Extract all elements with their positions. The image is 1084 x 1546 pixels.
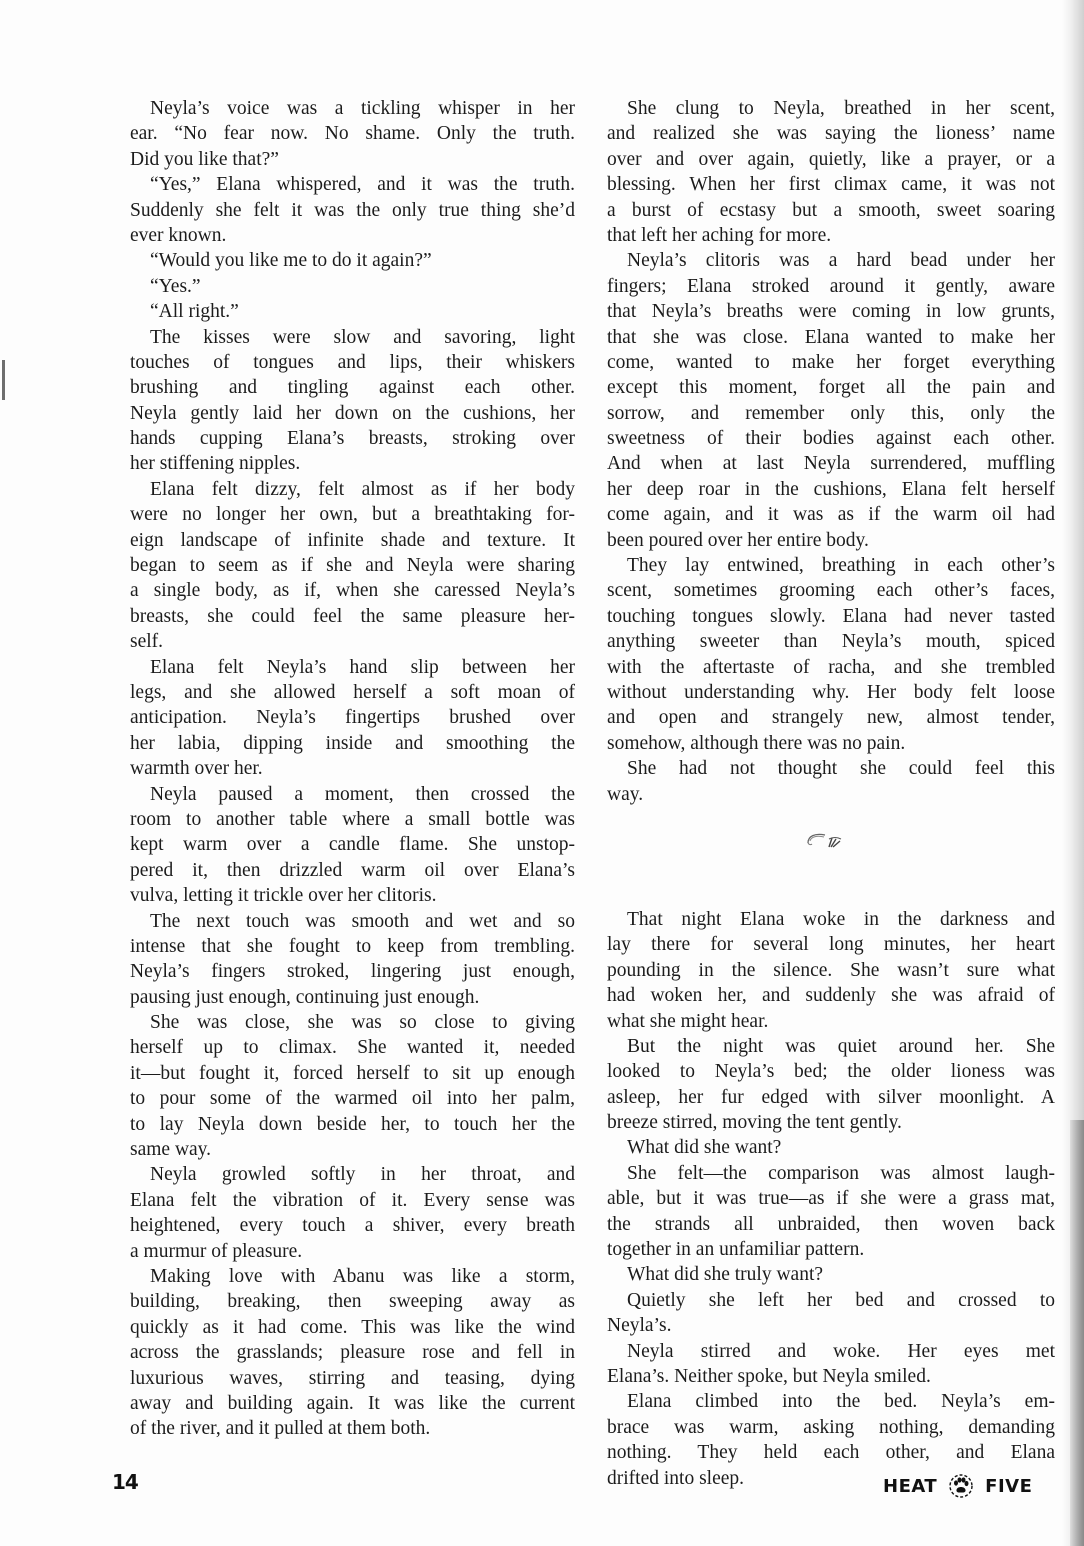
text-line: Quietly she left her bed and crossed to <box>607 1288 1055 1313</box>
text-line: Elana felt Neyla’s hand slip between her <box>130 655 575 680</box>
text-line: lay there for several long minutes, her … <box>607 932 1055 957</box>
text-line: Neyla growled softly in her throat, and <box>130 1162 575 1187</box>
text-line: blessing. When her first climax came, it… <box>607 172 1055 197</box>
text-line: brushing and tingling against each other… <box>130 375 575 400</box>
text-line: that she was close. Elana wanted to make… <box>607 325 1055 350</box>
paw-print-icon <box>949 1474 973 1498</box>
text-line: “Yes,” Elana whispered, and it was the t… <box>130 172 575 197</box>
text-line: were no longer her own, but a breathtaki… <box>130 502 575 527</box>
text-line: and open and strangely new, almost tende… <box>607 705 1055 730</box>
text-line: Elana’s. Neither spoke, but Neyla smiled… <box>607 1364 1055 1389</box>
text-line: Neyla’s voice was a tickling whisper in … <box>130 96 575 121</box>
text-line: Making love with Abanu was like a storm, <box>130 1264 575 1289</box>
text-line: Neyla gently laid her down on the cushio… <box>130 401 575 426</box>
text-line: self. <box>130 629 575 654</box>
text-line: with the aftertaste of racha, and she tr… <box>607 655 1055 680</box>
section-break <box>607 807 1055 907</box>
left-text-column: Neyla’s voice was a tickling whisper in … <box>130 96 575 1442</box>
text-line: ever known. <box>130 223 575 248</box>
text-line: room to another table where a small bott… <box>130 807 575 832</box>
text-line: and realized she was saying the lioness’… <box>607 121 1055 146</box>
footer-title-right: FIVE <box>985 1476 1032 1497</box>
text-line: been poured over her entire body. <box>607 528 1055 553</box>
text-line: touching tongues slowly. Elana had never… <box>607 604 1055 629</box>
text-line: to pour some of the warmed oil into her … <box>130 1086 575 1111</box>
text-line: Neyla’s fingers stroked, lingering just … <box>130 959 575 984</box>
text-line: able, but it was true—as if she were a g… <box>607 1186 1055 1211</box>
text-line: over and over again, quietly, like a pra… <box>607 147 1055 172</box>
text-line: that Neyla’s breaths were coming in low … <box>607 299 1055 324</box>
text-line: Suddenly she felt it was the only true t… <box>130 198 575 223</box>
text-line: Neyla stirred and woke. Her eyes met <box>607 1339 1055 1364</box>
text-line: building, breaking, then sweeping away a… <box>130 1289 575 1314</box>
text-line: kept warm over a candle flame. She unsto… <box>130 832 575 857</box>
text-line: ear. “No fear now. No shame. Only the tr… <box>130 121 575 146</box>
text-line: began to seem as if she and Neyla were s… <box>130 553 575 578</box>
text-line: warmth over her. <box>130 756 575 781</box>
text-line: sweetness of their bodies against each o… <box>607 426 1055 451</box>
text-line: scent, sometimes grooming each other’s f… <box>607 578 1055 603</box>
text-line: touches of tongues and lips, their whisk… <box>130 350 575 375</box>
text-line: away and building again. It was like the… <box>130 1391 575 1416</box>
text-line: pounding in the silence. She wasn’t sure… <box>607 958 1055 983</box>
text-line: Neyla paused a moment, then crossed the <box>130 782 575 807</box>
text-line: breasts, she could feel the same pleasur… <box>130 604 575 629</box>
text-line: “Yes.” <box>130 274 575 299</box>
text-line: intense that she fought to keep from tre… <box>130 934 575 959</box>
text-line: come, wanted to make her forget everythi… <box>607 350 1055 375</box>
text-line: She was close, she was so close to givin… <box>130 1010 575 1035</box>
text-line: herself up to climax. She wanted it, nee… <box>130 1035 575 1060</box>
text-line: “All right.” <box>130 299 575 324</box>
text-line: her labia, dipping inside and smoothing … <box>130 731 575 756</box>
text-line: same way. <box>130 1137 575 1162</box>
text-line: without understanding why. Her body felt… <box>607 680 1055 705</box>
text-line: had woken her, and suddenly she was afra… <box>607 983 1055 1008</box>
text-line: brace was warm, asking nothing, demandin… <box>607 1415 1055 1440</box>
text-line: Neyla’s clitoris was a hard bead under h… <box>607 248 1055 273</box>
text-line: except this moment, forget all the pain … <box>607 375 1055 400</box>
text-line: legs, and she allowed herself a soft moa… <box>130 680 575 705</box>
text-line: And when at last Neyla surrendered, muff… <box>607 451 1055 476</box>
right-column-before-break: She clung to Neyla, breathed in her scen… <box>607 96 1055 807</box>
text-line: That night Elana woke in the darkness an… <box>607 907 1055 932</box>
text-line: Neyla’s. <box>607 1313 1055 1338</box>
text-line: a murmur of pleasure. <box>130 1239 575 1264</box>
text-line: Did you like that?” <box>130 147 575 172</box>
text-line: She felt—the comparison was almost laugh… <box>607 1161 1055 1186</box>
footer-title-left: HEAT <box>883 1476 937 1497</box>
text-line: breeze stirred, moving the tent gently. <box>607 1110 1055 1135</box>
text-line: What did she truly want? <box>607 1262 1055 1287</box>
text-line: heightened, every touch a shiver, every … <box>130 1213 575 1238</box>
text-line: They lay entwined, breathing in each oth… <box>607 553 1055 578</box>
text-line: pausing just enough, continuing just eno… <box>130 985 575 1010</box>
text-line: way. <box>607 782 1055 807</box>
text-line: asleep, her fur edged with silver moonli… <box>607 1085 1055 1110</box>
text-line: sorrow, and remember only this, only the <box>607 401 1055 426</box>
text-line: vulva, letting it trickle over her clito… <box>130 883 575 908</box>
text-line: But the night was quiet around her. She <box>607 1034 1055 1059</box>
text-line: She clung to Neyla, breathed in her scen… <box>607 96 1055 121</box>
text-line: anything sweeter than Neyla’s mouth, spi… <box>607 629 1055 654</box>
flourish-ornament-icon <box>805 829 845 851</box>
text-line: The next touch was smooth and wet and so <box>130 909 575 934</box>
text-line: come again, and it was as if the warm oi… <box>607 502 1055 527</box>
text-line: looked to Neyla’s bed; the older lioness… <box>607 1059 1055 1084</box>
page-edge-shadow <box>1070 1120 1084 1546</box>
text-line: that left her aching for more. <box>607 223 1055 248</box>
text-line: anticipation. Neyla’s fingertips brushed… <box>130 705 575 730</box>
text-line: nothing. They held each other, and Elana <box>607 1440 1055 1465</box>
text-line: her deep roar in the cushions, Elana fel… <box>607 477 1055 502</box>
text-line: quickly as it had come. This was like th… <box>130 1315 575 1340</box>
text-line: The kisses were slow and savoring, light <box>130 325 575 350</box>
text-line: what she might hear. <box>607 1009 1055 1034</box>
text-line: luxurious waves, stirring and teasing, d… <box>130 1366 575 1391</box>
text-line: pered it, then drizzled warm oil over El… <box>130 858 575 883</box>
text-line: her stiffening nipples. <box>130 451 575 476</box>
scan-edge-mark <box>2 360 5 400</box>
text-line: fingers; Elana stroked around it gently,… <box>607 274 1055 299</box>
text-line: a burst of ecstasy but a smooth, sweet s… <box>607 198 1055 223</box>
magazine-page: Neyla’s voice was a tickling whisper in … <box>0 0 1084 1546</box>
text-line: a single body, as if, when she caressed … <box>130 578 575 603</box>
text-line: it—but fought it, forced herself to sit … <box>130 1061 575 1086</box>
text-line: to lay Neyla down beside her, to touch h… <box>130 1112 575 1137</box>
text-line: hands cupping Elana’s breasts, stroking … <box>130 426 575 451</box>
text-line: “Would you like me to do it again?” <box>130 248 575 273</box>
text-line: of the river, and it pulled at them both… <box>130 1416 575 1441</box>
running-footer: HEAT FIVE <box>883 1474 1032 1498</box>
text-line: eign landscape of infinite shade and tex… <box>130 528 575 553</box>
text-line: the strands all unbraided, then woven ba… <box>607 1212 1055 1237</box>
text-line: Elana climbed into the bed. Neyla’s em- <box>607 1389 1055 1414</box>
text-line: across the grasslands; pleasure rose and… <box>130 1340 575 1365</box>
text-line: somehow, although there was no pain. <box>607 731 1055 756</box>
text-line: She had not thought she could feel this <box>607 756 1055 781</box>
text-line: Elana felt the vibration of it. Every se… <box>130 1188 575 1213</box>
page-number: 14 <box>112 1470 138 1494</box>
text-line: What did she want? <box>607 1135 1055 1160</box>
right-column-after-break: That night Elana woke in the darkness an… <box>607 907 1055 1491</box>
text-line: together in an unfamiliar pattern. <box>607 1237 1055 1262</box>
text-line: Elana felt dizzy, felt almost as if her … <box>130 477 575 502</box>
right-text-column: She clung to Neyla, breathed in her scen… <box>607 96 1055 1491</box>
